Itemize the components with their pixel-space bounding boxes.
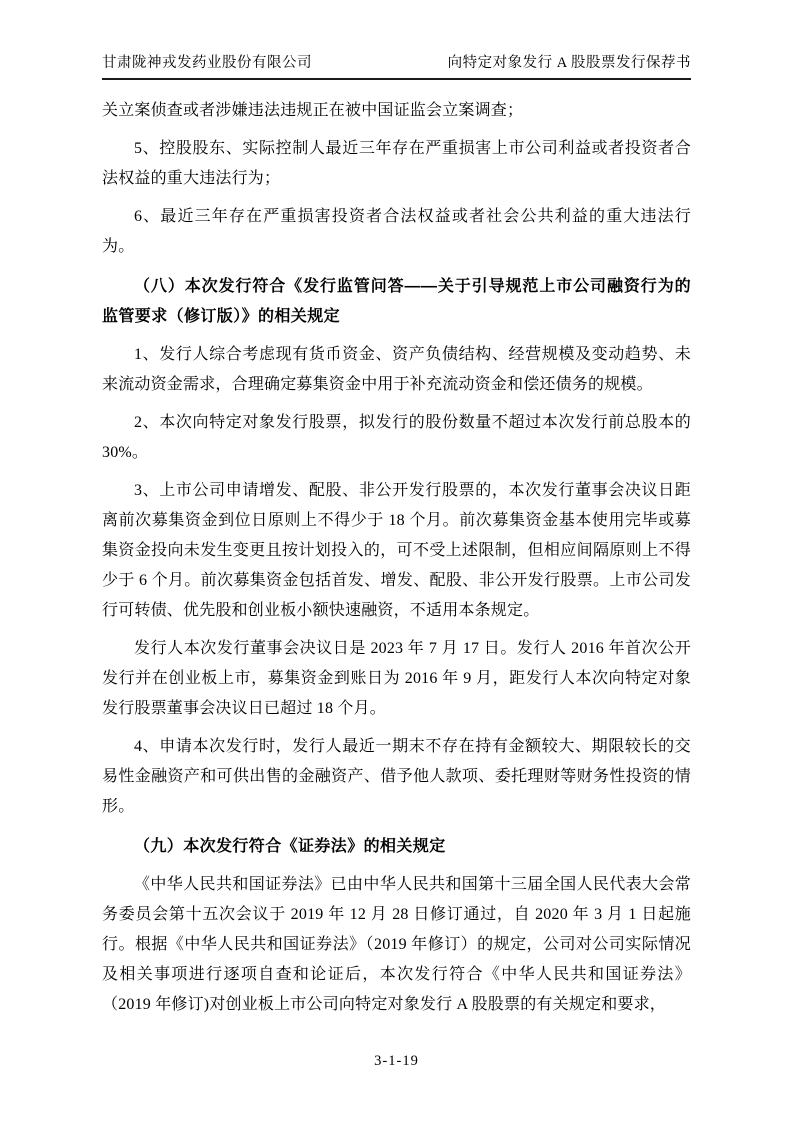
page-header: 甘肃陇神戎发药业股份有限公司 向特定对象发行 A 股股票发行保荐书 xyxy=(102,52,691,80)
paragraph-item-3: 3、上市公司申请增发、配股、非公开发行股票的，本次发行董事会决议日距离前次募集资… xyxy=(102,476,691,626)
paragraph-item-5: 5、控股股东、实际控制人最近三年存在严重损害上市公司利益或者投资者合法权益的重大… xyxy=(102,134,691,194)
paragraph-item-1: 1、发行人综合考虑现有货币资金、资产负债结构、经营规模及变动趋势、未来流动资金需… xyxy=(102,340,691,400)
paragraph-item-2: 2、本次向特定对象发行股票，拟发行的股份数量不超过本次发行前总股本的 30%。 xyxy=(102,408,691,468)
heading-section-9: （九）本次发行符合《证券法》的相关规定 xyxy=(102,832,691,862)
paragraph-continuation: 关立案侦查或者涉嫌违法违规正在被中国证监会立案调查； xyxy=(102,96,691,126)
paragraph-board-resolution: 发行人本次发行董事会决议日是 2023 年 7 月 17 日。发行人 2016 … xyxy=(102,634,691,724)
document-body: 关立案侦查或者涉嫌违法违规正在被中国证监会立案调查； 5、控股股东、实际控制人最… xyxy=(102,80,691,1020)
heading-section-8: （八）本次发行符合《发行监管问答——关于引导规范上市公司融资行为的监管要求（修订… xyxy=(102,272,691,332)
header-doc-title: 向特定对象发行 A 股股票发行保荐书 xyxy=(448,52,691,74)
paragraph-securities-law: 《中华人民共和国证券法》已由中华人民共和国第十三届全国人民代表大会常务委员会第十… xyxy=(102,870,691,1020)
paragraph-item-6: 6、最近三年存在严重损害投资者合法权益或者社会公共利益的重大违法行为。 xyxy=(102,202,691,262)
page-number: 3-1-19 xyxy=(374,1053,419,1069)
header-company-name: 甘肃陇神戎发药业股份有限公司 xyxy=(102,52,312,74)
page-footer: 3-1-19 xyxy=(0,1053,793,1070)
document-page: 甘肃陇神戎发药业股份有限公司 向特定对象发行 A 股股票发行保荐书 关立案侦查或… xyxy=(0,0,793,1122)
paragraph-item-4: 4、申请本次发行时，发行人最近一期末不存在持有金额较大、期限较长的交易性金融资产… xyxy=(102,732,691,822)
